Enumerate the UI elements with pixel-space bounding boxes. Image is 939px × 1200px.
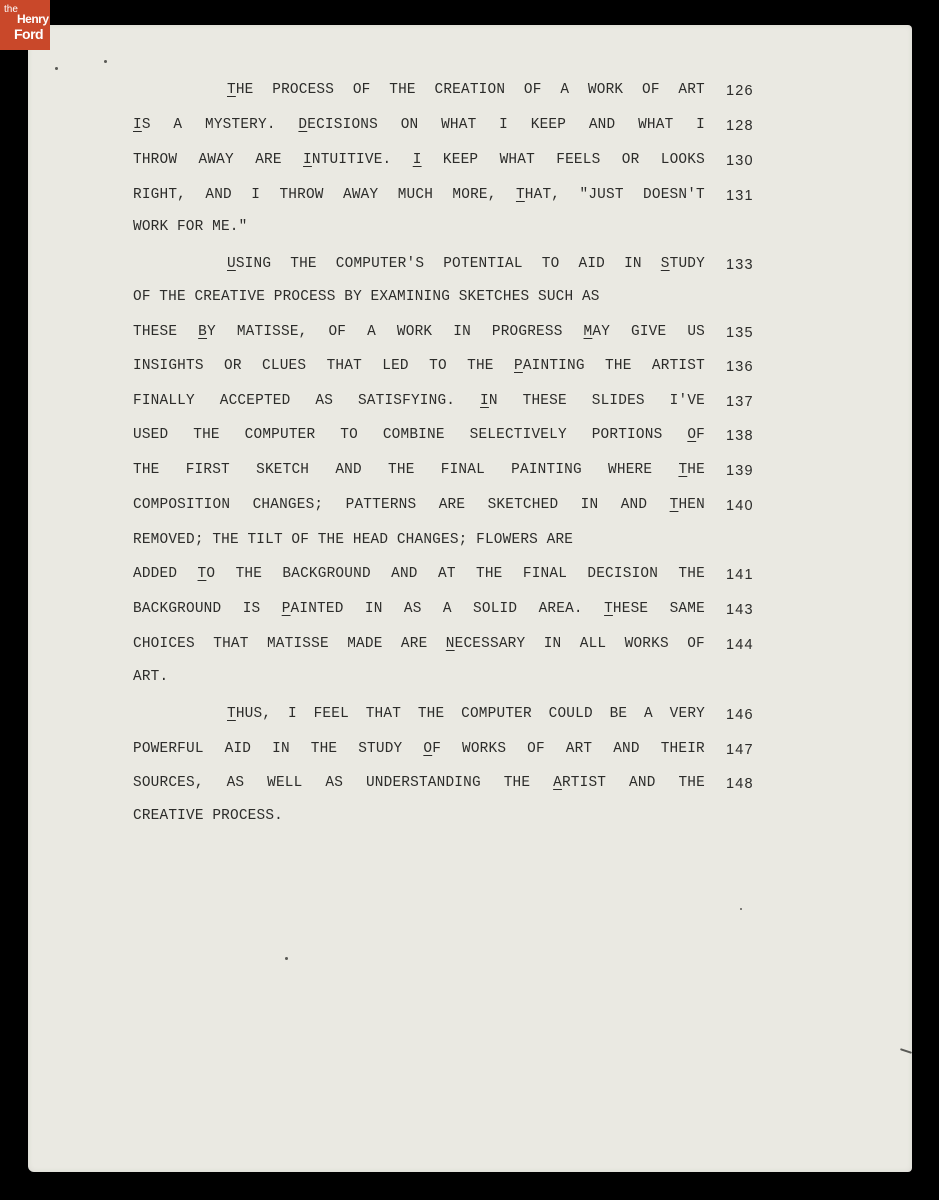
word: ART. (133, 669, 168, 685)
word: PAINTING (511, 462, 582, 478)
word: OF (524, 82, 542, 98)
word: HEAD (353, 532, 388, 548)
word: COMPUTER (245, 427, 316, 443)
word: COMPUTER'S (336, 256, 424, 272)
word: OF (687, 636, 705, 652)
text-line: RIGHT,ANDITHROWAWAYMUCHMORE,THAT,"JUSTDO… (133, 187, 705, 203)
word: A (443, 601, 452, 617)
word: THESE (133, 324, 177, 340)
text-line: CHOICESTHATMATISSEMADEARENECESSARYINALLW… (133, 636, 705, 652)
word: ARE (547, 532, 574, 548)
word: IN (272, 741, 290, 757)
text-line: ADDEDTOTHEBACKGROUNDANDATTHEFINALDECISIO… (133, 566, 705, 582)
word: THE (318, 532, 345, 548)
text-line: COMPOSITIONCHANGES;PATTERNSARESKETCHEDIN… (133, 497, 705, 513)
word: WORK (133, 219, 168, 235)
word: THE (388, 462, 415, 478)
word: AS (325, 775, 343, 791)
word: SELECTIVELY (470, 427, 567, 443)
word: CHANGES; (253, 497, 324, 513)
word: PROCESS (272, 82, 334, 98)
word: COMPUTER (461, 706, 532, 722)
word: FINAL (523, 566, 567, 582)
word: KEEP (443, 152, 478, 168)
line-number: 144 (726, 637, 754, 653)
word: LED (382, 358, 409, 374)
line-number: 128 (726, 118, 754, 134)
word: ALL (580, 636, 607, 652)
word: SAME (670, 601, 705, 617)
word: THE (476, 566, 503, 582)
line-number: 131 (726, 188, 754, 204)
word: OF (353, 82, 371, 98)
word: I'VE (670, 393, 705, 409)
word: AID (579, 256, 606, 272)
word: RIGHT, (133, 187, 186, 203)
word: CHOICES (133, 636, 195, 652)
word: INTUITIVE. (303, 152, 391, 168)
word: SKETCH (256, 462, 309, 478)
word: THE (133, 462, 160, 478)
word: REMOVED; (133, 532, 204, 548)
word: SOLID (473, 601, 517, 617)
word: EXAMINING (371, 289, 451, 305)
word: LOOKS (661, 152, 705, 168)
word: ARE (401, 636, 428, 652)
word: TO (429, 358, 447, 374)
word: WORK (588, 82, 623, 98)
word: BY (344, 289, 362, 305)
word: PORTIONS (592, 427, 663, 443)
word: THE (290, 256, 317, 272)
word: A (367, 324, 376, 340)
word: THE (678, 462, 705, 478)
text-line: ART. (133, 669, 705, 685)
word: THE (311, 741, 338, 757)
word: THESE (523, 393, 567, 409)
word: THROW (133, 152, 177, 168)
word: PATTERNS (346, 497, 417, 513)
line-number: 146 (726, 707, 754, 723)
word: PAINTED (282, 601, 344, 617)
word: AND (391, 566, 418, 582)
line-number: 147 (726, 742, 754, 758)
word: CREATIVE (133, 808, 204, 824)
word: AND (205, 187, 232, 203)
text-line: CREATIVEPROCESS. (133, 808, 705, 824)
word: ART (566, 741, 593, 757)
word: MADE (347, 636, 382, 652)
word: OR (224, 358, 242, 374)
word: THEN (670, 497, 705, 513)
word: OR (622, 152, 640, 168)
line-number: 140 (726, 498, 754, 514)
text-line: OFTHECREATIVEPROCESSBYEXAMININGSKETCHESS… (133, 289, 705, 305)
word: POWERFUL (133, 741, 204, 757)
line-number: 148 (726, 776, 754, 792)
logo-ford: Ford (14, 27, 43, 41)
word: A (560, 82, 569, 98)
word: THE (212, 532, 239, 548)
word: THROW (279, 187, 323, 203)
word: ACCEPTED (220, 393, 291, 409)
word: ARE (255, 152, 282, 168)
word: THE (605, 358, 632, 374)
word: FIRST (186, 462, 230, 478)
word: STUDY (358, 741, 402, 757)
word: THE (389, 82, 416, 98)
text-line: THESEBYMATISSE,OFAWORKINPROGRESSMAYGIVEU… (133, 324, 705, 340)
word: WHERE (608, 462, 652, 478)
word: AND (629, 775, 656, 791)
word: I (696, 117, 705, 133)
word: AND (613, 741, 640, 757)
word: THESE (604, 601, 648, 617)
word: THAT (327, 358, 362, 374)
word: THEIR (661, 741, 705, 757)
word: MATISSE, (237, 324, 308, 340)
word: ON (401, 117, 419, 133)
word: THAT (213, 636, 248, 652)
word: TO (198, 566, 216, 582)
word: IN (544, 636, 562, 652)
word: THE (678, 566, 705, 582)
word: WORKS (625, 636, 669, 652)
word: OF (687, 427, 705, 443)
word: USED (133, 427, 168, 443)
word: THAT, (516, 187, 560, 203)
word: IS (133, 117, 151, 133)
paper-speck (740, 908, 742, 910)
word: THUS, (227, 706, 271, 722)
text-line: POWERFULAIDINTHESTUDYOFWORKSOFARTANDTHEI… (133, 741, 705, 757)
word: THAT (366, 706, 401, 722)
word: "JUST (580, 187, 624, 203)
word: OF (133, 289, 151, 305)
word: PROCESS (274, 289, 336, 305)
word: THE (678, 775, 705, 791)
word: COMBINE (383, 427, 445, 443)
word: OF (423, 741, 441, 757)
text-line: THROWAWAYAREINTUITIVE.IKEEPWHATFEELSORLO… (133, 152, 705, 168)
word: WELL (267, 775, 302, 791)
word: IN (581, 497, 599, 513)
word: FEELS (556, 152, 600, 168)
word: OF (527, 741, 545, 757)
word: OF (642, 82, 660, 98)
word: SKETCHES (459, 289, 530, 305)
word: AWAY (199, 152, 234, 168)
word: DECISION (587, 566, 658, 582)
word: WORK (397, 324, 432, 340)
line-number: 141 (726, 567, 754, 583)
word: THE (236, 566, 263, 582)
word: FEEL (314, 706, 349, 722)
word: THE (418, 706, 445, 722)
word: WHAT (500, 152, 535, 168)
text-line: FINALLYACCEPTEDASSATISFYING.INTHESESLIDE… (133, 393, 705, 409)
text-line: ISAMYSTERY.DECISIONSONWHATIKEEPANDWHATI (133, 117, 705, 133)
henry-ford-logo: the Henry Ford (0, 0, 50, 50)
word: STUDY (661, 256, 705, 272)
word: USING (227, 256, 271, 272)
word: WORKS (462, 741, 506, 757)
word: INSIGHTS (133, 358, 204, 374)
line-number: 138 (726, 428, 754, 444)
word: WHAT (638, 117, 673, 133)
word: IN (480, 393, 498, 409)
word: POTENTIAL (443, 256, 523, 272)
word: THE (227, 82, 254, 98)
word: TO (340, 427, 358, 443)
word: SUCH (538, 289, 573, 305)
word: OF (291, 532, 309, 548)
word: CLUES (262, 358, 306, 374)
text-line: SOURCES,ASWELLASUNDERSTANDINGTHEARTISTAN… (133, 775, 705, 791)
word: A (644, 706, 653, 722)
line-number: 139 (726, 463, 754, 479)
word: IN (624, 256, 642, 272)
word: FOR (177, 219, 204, 235)
word: AREA. (539, 601, 583, 617)
logo-the: the (4, 5, 18, 15)
line-number: 130 (726, 153, 754, 169)
word: NECESSARY (446, 636, 526, 652)
line-number: 137 (726, 394, 754, 410)
word: TILT (247, 532, 282, 548)
text-line: USEDTHECOMPUTERTOCOMBINESELECTIVELYPORTI… (133, 427, 705, 443)
text-line: USINGTHECOMPUTER'SPOTENTIALTOAIDINSTUDY (227, 256, 705, 272)
word: FLOWERS (476, 532, 538, 548)
line-number: 135 (726, 325, 754, 341)
word: AS (582, 289, 600, 305)
word: ARTIST (553, 775, 606, 791)
word: IN (453, 324, 471, 340)
paper-speck (55, 67, 58, 70)
text-line: THUS,IFEELTHATTHECOMPUTERCOULDBEAVERY (227, 706, 705, 722)
paper-speck (104, 60, 107, 63)
word: UNDERSTANDING (366, 775, 481, 791)
word: MORE, (452, 187, 496, 203)
word: US (687, 324, 705, 340)
line-number: 136 (726, 359, 754, 375)
word: DOESN'T (643, 187, 705, 203)
word: AND (589, 117, 616, 133)
word: CHANGES; (397, 532, 468, 548)
word: ART (678, 82, 705, 98)
word: KEEP (531, 117, 566, 133)
word: I (499, 117, 508, 133)
word: TO (542, 256, 560, 272)
text-line: BACKGROUNDISPAINTEDINASASOLIDAREA.THESES… (133, 601, 705, 617)
word: AS (404, 601, 422, 617)
word: A (173, 117, 182, 133)
word: IN (365, 601, 383, 617)
word: SKETCHED (488, 497, 559, 513)
word: IS (243, 601, 261, 617)
word: PROCESS. (212, 808, 283, 824)
word: COMPOSITION (133, 497, 230, 513)
word: CREATION (435, 82, 506, 98)
line-number: 126 (726, 83, 754, 99)
word: BE (610, 706, 628, 722)
word: MUCH (398, 187, 433, 203)
word: ARE (439, 497, 466, 513)
word: CREATIVE (194, 289, 265, 305)
word: COULD (549, 706, 593, 722)
word: I (251, 187, 260, 203)
word: MAY (584, 324, 611, 340)
word: AND (621, 497, 648, 513)
word: THE (467, 358, 494, 374)
word: THE (159, 289, 186, 305)
word: WHAT (441, 117, 476, 133)
line-number: 133 (726, 257, 754, 273)
word: DECISIONS (298, 117, 378, 133)
word: SLIDES (592, 393, 645, 409)
word: I (413, 152, 422, 168)
logo-henry: Henry (17, 13, 49, 25)
word: THE (504, 775, 531, 791)
word: MATISSE (267, 636, 329, 652)
word: PAINTING (514, 358, 585, 374)
paper-speck (285, 957, 288, 960)
line-number: 143 (726, 602, 754, 618)
word: THE (193, 427, 220, 443)
word: BY (198, 324, 216, 340)
word: SOURCES, (133, 775, 204, 791)
text-line: INSIGHTSORCLUESTHATLEDTOTHEPAINTINGTHEAR… (133, 358, 705, 374)
word: ARTIST (652, 358, 705, 374)
text-line: WORKFORME." (133, 219, 705, 235)
word: AS (227, 775, 245, 791)
word: AND (335, 462, 362, 478)
word: PROGRESS (492, 324, 563, 340)
word: OF (328, 324, 346, 340)
word: ME." (212, 219, 247, 235)
word: BACKGROUND (282, 566, 370, 582)
word: FINALLY (133, 393, 195, 409)
word: I (288, 706, 297, 722)
word: MYSTERY. (205, 117, 276, 133)
word: BACKGROUND (133, 601, 221, 617)
text-line: THEFIRSTSKETCHANDTHEFINALPAINTINGWHERETH… (133, 462, 705, 478)
word: AT (438, 566, 456, 582)
word: SATISFYING. (358, 393, 455, 409)
word: AID (225, 741, 252, 757)
word: VERY (670, 706, 705, 722)
text-line: THEPROCESSOFTHECREATIONOFAWORKOFART (227, 82, 705, 98)
word: AWAY (343, 187, 378, 203)
word: ADDED (133, 566, 177, 582)
word: FINAL (441, 462, 485, 478)
word: GIVE (631, 324, 666, 340)
text-line: REMOVED;THETILTOFTHEHEADCHANGES;FLOWERSA… (133, 532, 705, 548)
word: AS (315, 393, 333, 409)
